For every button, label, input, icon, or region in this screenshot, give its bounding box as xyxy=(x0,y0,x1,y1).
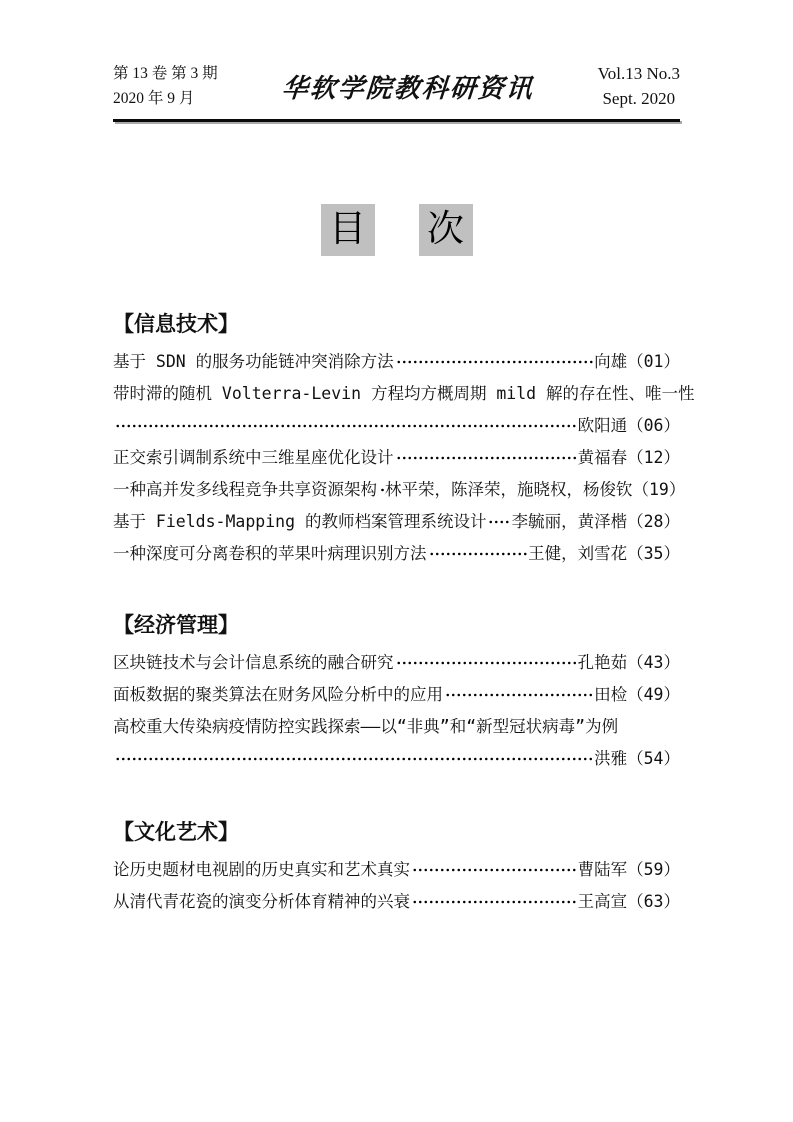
section-culture-art: 【文化艺术】 论历史题材电视剧的历史真实和艺术真实 曹陆军（59） 从清代青花瓷… xyxy=(113,820,680,918)
entry-page: （06） xyxy=(627,410,680,442)
entry-title: 一种深度可分离卷积的苹果叶病理识别方法 xyxy=(113,538,427,570)
entry-page: （63） xyxy=(627,886,680,918)
toc-title: 目 次 xyxy=(113,204,680,256)
entry-authors: 曹陆军 xyxy=(578,854,628,886)
section-heading: 【经济管理】 xyxy=(113,613,680,639)
entry-authors: 欧阳通 xyxy=(578,410,628,442)
entry-authors: 向雄 xyxy=(594,346,627,378)
entry-title: 带时滞的随机 Volterra-Levin 方程均方概周期 mild 解的存在性… xyxy=(113,378,695,410)
dot-leader xyxy=(378,482,384,498)
journal-title: 华软学院教科研资讯 xyxy=(280,68,535,105)
masthead: 第 13 卷 第 3 期 2020 年 9 月 华软学院教科研资讯 Vol.13… xyxy=(113,62,680,110)
entry-authors: 林平荣，陈泽荣，施晓权，杨俊钦 xyxy=(385,474,633,506)
dot-leader xyxy=(395,354,593,370)
toc-entry-continuation: 洪雅（54） xyxy=(113,743,680,775)
section-heading: 【文化艺术】 xyxy=(113,820,680,846)
dot-leader xyxy=(114,418,577,434)
entry-page: （43） xyxy=(627,647,680,679)
entry-authors: 田检 xyxy=(594,679,627,711)
entry-title: 从清代青花瓷的演变分析体育精神的兴衰 xyxy=(113,886,410,918)
date-en: Sept. 2020 xyxy=(598,86,680,111)
entry-page: （35） xyxy=(627,538,680,570)
entry-title: 面板数据的聚类算法在财务风险分析中的应用 xyxy=(113,679,443,711)
entry-authors: 孔艳茹 xyxy=(578,647,628,679)
entry-title: 正交索引调制系统中三维星座优化设计 xyxy=(113,442,394,474)
entry-title: 论历史题材电视剧的历史真实和艺术真实 xyxy=(113,854,410,886)
toc-entry: 基于 SDN 的服务功能链冲突消除方法 向雄（01） xyxy=(113,346,680,378)
entry-page: （12） xyxy=(627,442,680,474)
entry-page: （59） xyxy=(627,854,680,886)
entry-title: 高校重大传染病疫情防控实践探索——以“非典”和“新型冠状病毒”为例 xyxy=(113,711,618,743)
volume-issue-en: Vol.13 No.3 xyxy=(598,61,680,86)
toc-entry: 基于 Fields-Mapping 的教师档案管理系统设计 李毓丽，黄泽楷（28… xyxy=(113,506,680,538)
section-heading: 【信息技术】 xyxy=(113,312,680,338)
entry-authors: 王健，刘雪花 xyxy=(528,538,627,570)
entry-page: （54） xyxy=(627,743,680,775)
toc-entry: 带时滞的随机 Volterra-Levin 方程均方概周期 mild 解的存在性… xyxy=(113,378,680,410)
toc-entry: 论历史题材电视剧的历史真实和艺术真实 曹陆军（59） xyxy=(113,854,680,886)
toc-entry: 一种深度可分离卷积的苹果叶病理识别方法 王健，刘雪花（35） xyxy=(113,538,680,570)
toc-entry-continuation: 欧阳通（06） xyxy=(113,410,680,442)
toc-entry: 高校重大传染病疫情防控实践探索——以“非典”和“新型冠状病毒”为例 xyxy=(113,711,680,743)
masthead-rule xyxy=(113,119,680,122)
entry-authors: 王高宣 xyxy=(578,886,628,918)
date-cn: 2020 年 9 月 xyxy=(113,86,218,111)
toc-entry: 面板数据的聚类算法在财务风险分析中的应用 田检（49） xyxy=(113,679,680,711)
entry-authors: 洪雅 xyxy=(594,743,627,775)
journal-toc-page: 第 13 卷 第 3 期 2020 年 9 月 华软学院教科研资讯 Vol.13… xyxy=(0,0,793,1122)
section-economy-management: 【经济管理】 区块链技术与会计信息系统的融合研究 孔艳茹（43） 面板数据的聚类… xyxy=(113,613,680,775)
toc-title-char-2: 次 xyxy=(419,204,473,256)
masthead-cn-block: 第 13 卷 第 3 期 2020 年 9 月 xyxy=(113,61,218,111)
entry-page: （49） xyxy=(627,679,680,711)
dot-leader xyxy=(114,751,593,767)
entry-title: 一种高并发多线程竞争共享资源架构 xyxy=(113,474,377,506)
entry-title: 基于 SDN 的服务功能链冲突消除方法 xyxy=(113,346,394,378)
dot-leader xyxy=(428,546,528,562)
toc-entry: 从清代青花瓷的演变分析体育精神的兴衰 王高宣（63） xyxy=(113,886,680,918)
entry-page: （28） xyxy=(627,506,680,538)
dot-leader xyxy=(411,862,577,878)
toc-entry: 区块链技术与会计信息系统的融合研究 孔艳茹（43） xyxy=(113,647,680,679)
dot-leader xyxy=(444,687,593,703)
entry-page: （19） xyxy=(633,474,686,506)
dot-leader xyxy=(395,450,577,466)
toc-title-char-1: 目 xyxy=(321,204,375,256)
entry-page: （01） xyxy=(627,346,680,378)
masthead-en-block: Vol.13 No.3 Sept. 2020 xyxy=(598,61,680,111)
toc-entry: 正交索引调制系统中三维星座优化设计 黄福春（12） xyxy=(113,442,680,474)
entry-authors: 李毓丽，黄泽楷 xyxy=(512,506,628,538)
entry-title: 基于 Fields-Mapping 的教师档案管理系统设计 xyxy=(113,506,486,538)
toc-entry: 一种高并发多线程竞争共享资源架构 林平荣，陈泽荣，施晓权，杨俊钦（19） xyxy=(113,474,680,506)
entry-authors: 黄福春 xyxy=(578,442,628,474)
volume-issue-cn: 第 13 卷 第 3 期 xyxy=(113,61,218,86)
dot-leader xyxy=(487,514,510,530)
dot-leader xyxy=(395,655,577,671)
dot-leader xyxy=(411,894,577,910)
entry-title: 区块链技术与会计信息系统的融合研究 xyxy=(113,647,394,679)
section-information-technology: 【信息技术】 基于 SDN 的服务功能链冲突消除方法 向雄（01） 带时滞的随机… xyxy=(113,312,680,570)
